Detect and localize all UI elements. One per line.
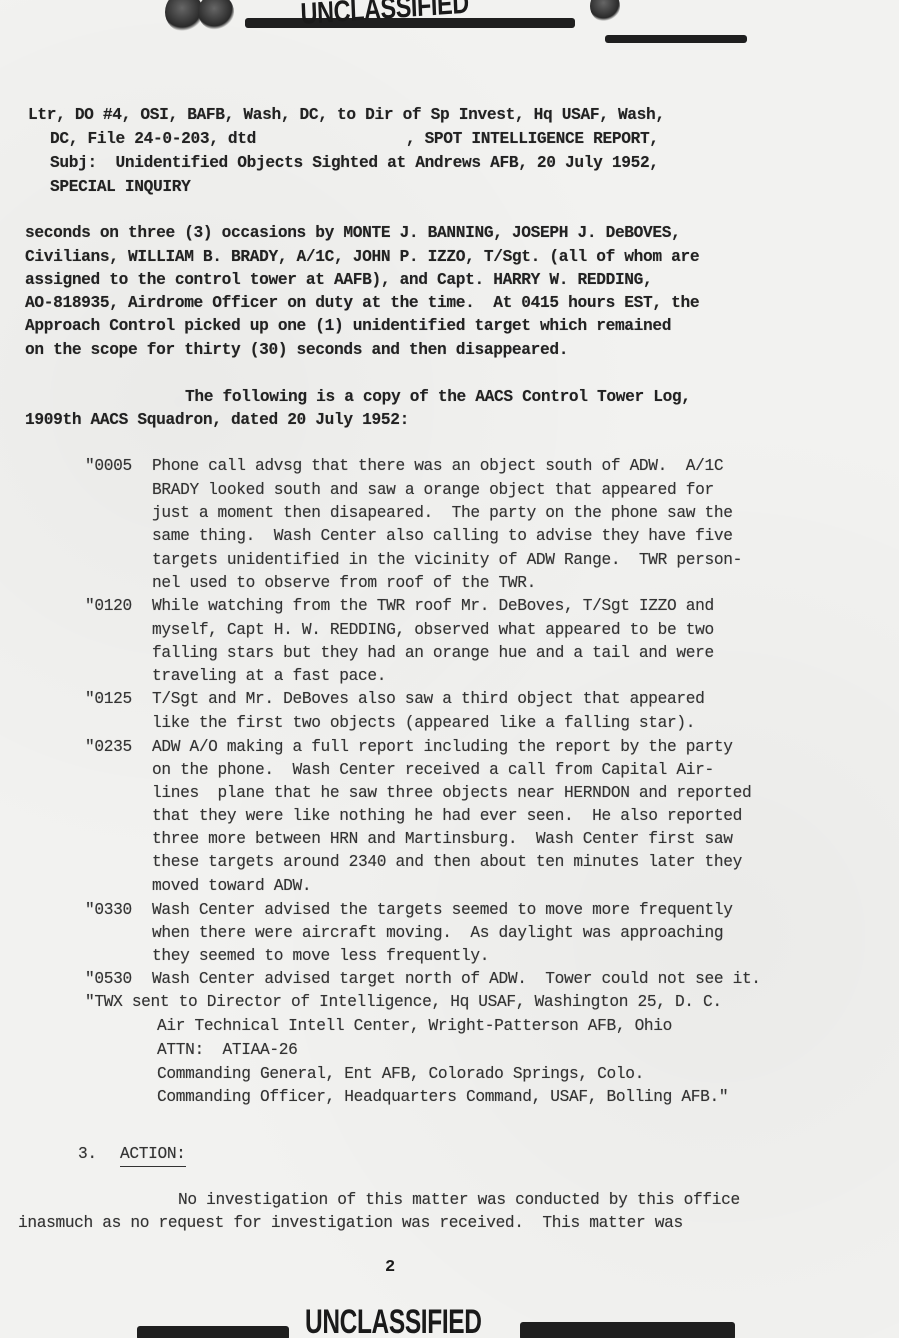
log-line: myself, Capt H. W. REDDING, observed wha… — [152, 619, 714, 642]
document-page: UNCLASSIFIED Ltr, DO #4, OSI, BAFB, Wash… — [0, 0, 899, 1338]
log-line: same thing. Wash Center also calling to … — [152, 525, 733, 548]
log-line: lines plane that he saw three objects ne… — [152, 782, 751, 805]
log-line: when there were aircraft moving. As dayl… — [152, 922, 723, 945]
log-line: ADW A/O making a full report including t… — [152, 736, 733, 759]
redaction-bar — [605, 35, 747, 43]
log-time: "0120 — [85, 595, 132, 618]
log-line: three more between HRN and Martinsburg. … — [152, 828, 733, 851]
log-line: While watching from the TWR roof Mr. DeB… — [152, 595, 714, 618]
log-line: that they were like nothing he had ever … — [152, 805, 742, 828]
section-heading: ACTION: — [120, 1143, 186, 1167]
log-line: like the first two objects (appeared lik… — [152, 712, 695, 735]
header-line: SPECIAL INQUIRY — [50, 176, 190, 199]
log-time: "0330 — [85, 899, 132, 922]
log-time: "0235 — [85, 736, 132, 759]
body-line: assigned to the control tower at AAFB), … — [25, 269, 652, 292]
body-line: Civilians, WILLIAM B. BRADY, A/1C, JOHN … — [25, 246, 699, 269]
log-line: just a moment then disapeared. The party… — [152, 502, 733, 525]
twx-recipient: ATTN: ATIAA-26 — [157, 1039, 297, 1062]
redaction-bar — [137, 1326, 289, 1338]
log-line: BRADY looked south and saw a orange obje… — [152, 479, 714, 502]
header-line: DC, File 24-0-203, dtd , SPOT INTELLIGEN… — [50, 128, 659, 151]
ink-blot — [590, 0, 620, 22]
classification-stamp-bottom: UNCLASSIFIED — [305, 1303, 482, 1338]
log-line: Wash Center advised the targets seemed t… — [152, 899, 733, 922]
log-line: nel used to observe from roof of the TWR… — [152, 572, 536, 595]
twx-recipient: Commanding General, Ent AFB, Colorado Sp… — [157, 1063, 644, 1086]
log-time: "0530 — [85, 968, 132, 991]
section-number: 3. — [78, 1143, 97, 1166]
body-line: AO-818935, Airdrome Officer on duty at t… — [25, 292, 699, 315]
twx-line: "TWX sent to Director of Intelligence, H… — [85, 991, 722, 1014]
log-line: on the phone. Wash Center received a cal… — [152, 759, 714, 782]
log-line: these targets around 2340 and then about… — [152, 851, 742, 874]
ink-blot — [198, 0, 234, 30]
log-line: falling stars but they had an orange hue… — [152, 642, 714, 665]
page-number: 2 — [385, 1258, 395, 1277]
body-line: seconds on three (3) occasions by MONTE … — [25, 222, 681, 245]
log-line: Wash Center advised target north of ADW.… — [152, 968, 761, 991]
log-time: "0125 — [85, 688, 132, 711]
body-line: inasmuch as no request for investigation… — [18, 1212, 683, 1235]
log-line: T/Sgt and Mr. DeBoves also saw a third o… — [152, 688, 704, 711]
header-line: Ltr, DO #4, OSI, BAFB, Wash, DC, to Dir … — [28, 104, 665, 127]
log-line: traveling at a fast pace. — [152, 665, 386, 688]
twx-recipient: Air Technical Intell Center, Wright-Patt… — [157, 1015, 672, 1038]
log-line: Phone call advsg that there was an objec… — [152, 455, 723, 478]
ink-blot — [165, 0, 203, 32]
body-line: The following is a copy of the AACS Cont… — [185, 386, 691, 409]
header-line: Subj: Unidentified Objects Sighted at An… — [50, 152, 659, 175]
log-time: "0005 — [85, 455, 132, 478]
body-line: 1909th AACS Squadron, dated 20 July 1952… — [25, 409, 409, 432]
body-line: No investigation of this matter was cond… — [178, 1189, 740, 1212]
twx-recipient: Commanding Officer, Headquarters Command… — [157, 1086, 728, 1109]
redaction-bar — [520, 1322, 735, 1338]
body-line: on the scope for thirty (30) seconds and… — [25, 339, 568, 362]
log-line: they seemed to move less frequently. — [152, 945, 489, 968]
body-line: Approach Control picked up one (1) unide… — [25, 315, 671, 338]
log-line: targets unidentified in the vicinity of … — [152, 549, 742, 572]
log-line: moved toward ADW. — [152, 875, 311, 898]
